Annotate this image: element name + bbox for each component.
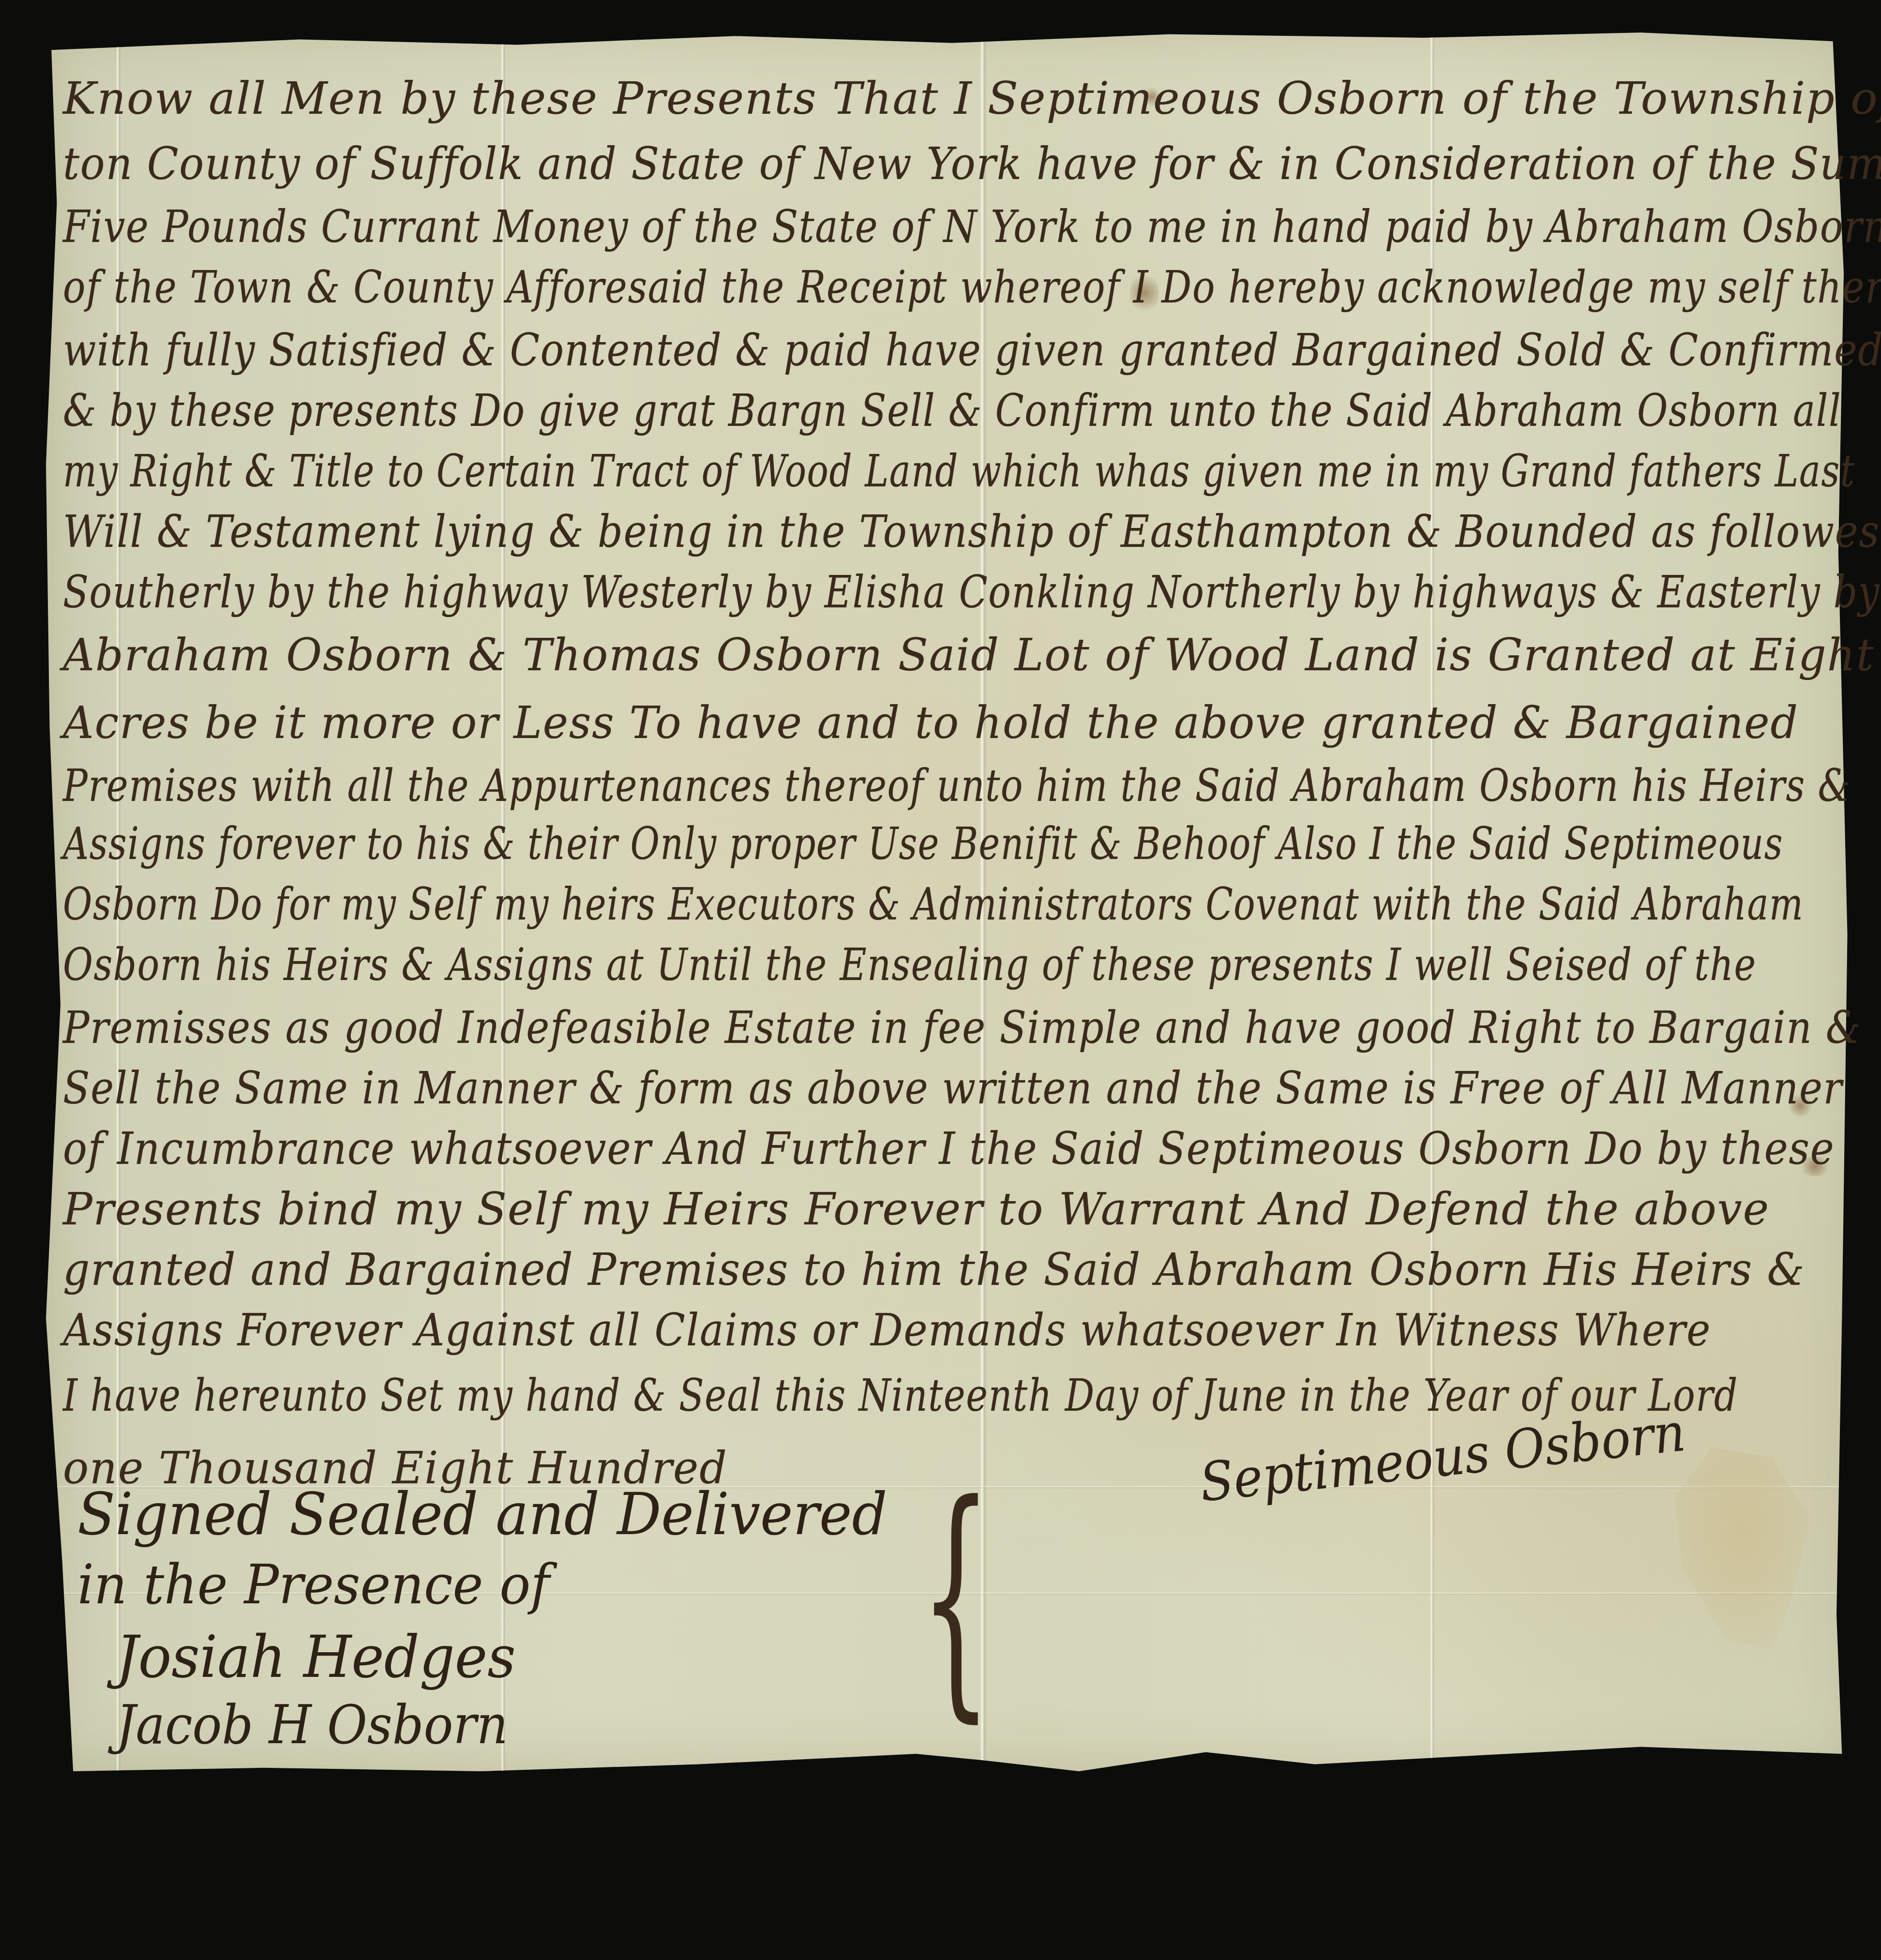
deed-line: Assigns Forever Against all Claims or De… (63, 1304, 1711, 1356)
deed-line: Premises with all the Appurtenances ther… (63, 760, 1851, 812)
deed-line: Acres be it more or Less To have and to … (63, 697, 1799, 749)
deed-line: of the Town & County Afforesaid the Rece… (63, 261, 1881, 313)
deed-line: my Right & Title to Certain Tract of Woo… (63, 445, 1855, 497)
deed-line: Will & Testament lying & being in the To… (63, 506, 1880, 558)
attestation-signed-sealed-delivered: Signed Sealed and Delivered (77, 1481, 887, 1548)
deed-line: Osborn Do for my Self my heirs Executors… (63, 878, 1804, 930)
deed-line: granted and Bargained Premises to him th… (63, 1244, 1805, 1296)
signature-brace: { (920, 1471, 992, 1723)
deed-line: with fully Satisfied & Contented & paid … (63, 324, 1881, 376)
attestation-in-presence-of: in the Presence of (77, 1553, 550, 1616)
deed-line: Know all Men by these Presents That I Se… (63, 73, 1881, 124)
paper-repair-patch (1667, 1447, 1817, 1650)
deed-line: ton County of Suffolk and State of New Y… (63, 138, 1881, 190)
deed-line: Five Pounds Currant Money of the State o… (63, 201, 1881, 253)
deed-line: Southerly by the highway Westerly by Eli… (63, 566, 1880, 618)
deed-line: Sell the Same in Manner & form as above … (63, 1062, 1843, 1114)
deed-line: of Incumbrance whatsoever And Further I … (63, 1123, 1835, 1175)
deed-line: Abraham Osborn & Thomas Osborn Said Lot … (63, 629, 1875, 681)
deed-line: & by these presents Do give grat Bargn S… (63, 385, 1841, 437)
witness-signature: Jacob H Osborn (116, 1694, 508, 1756)
deed-line: Assigns forever to his & their Only prop… (63, 818, 1783, 870)
deed-line: Osborn his Heirs & Assigns at Until the … (63, 939, 1757, 991)
deed-line: I have hereunto Set my hand & Seal this … (63, 1370, 1738, 1421)
deed-line: Premisses as good Indefeasible Estate in… (63, 1002, 1862, 1054)
witness-signature: Josiah Hedges (116, 1624, 516, 1691)
deed-line: Presents bind my Self my Heirs Forever t… (63, 1183, 1770, 1235)
